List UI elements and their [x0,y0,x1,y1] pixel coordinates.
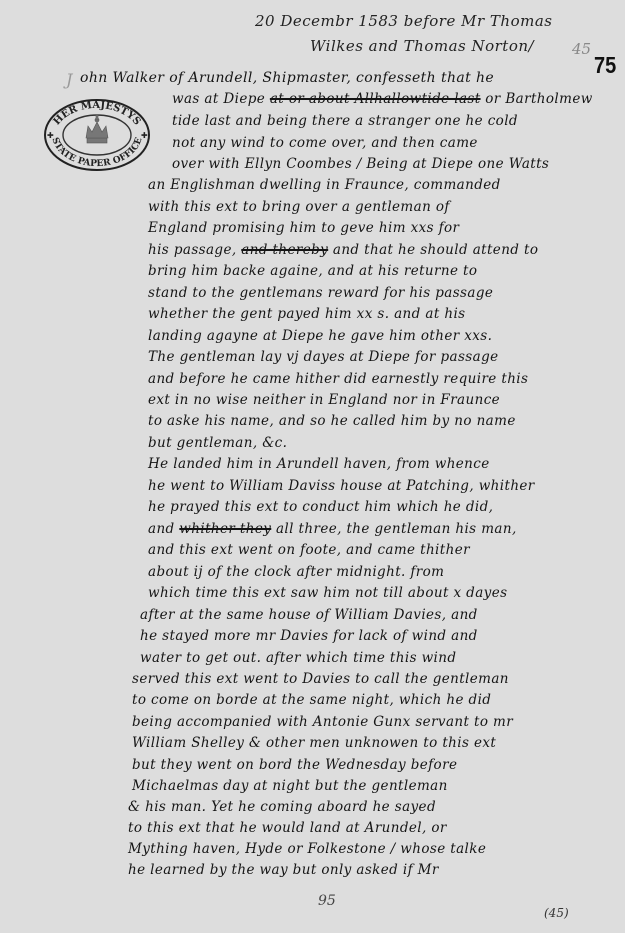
ms-line: tide last and being there a stranger one… [172,113,518,129]
page-number-bottom: 95 [318,893,336,909]
ms-line: and before he came hither did earnestly … [148,371,528,387]
ms-line: he learned by the way but only asked if … [128,862,439,878]
svg-text:✚: ✚ [47,131,54,140]
ms-line: whether the gent payed him xx s. and at … [148,306,466,322]
ms-line: stand to the gentlemans reward for his p… [148,285,493,301]
ms-line: William Shelley & other men unknowen to … [132,735,496,751]
ms-line: being accompanied with Antonie Gunx serv… [132,714,513,730]
heading-line-2: Wilkes and Thomas Norton/ [310,37,534,55]
ms-line: he stayed more mr Davies for lack of win… [140,628,478,644]
manuscript-page: 20 Decembr 1583 before Mr Thomas Wilkes … [0,0,625,933]
ms-line: and whither they all three, the gentlema… [148,521,517,537]
ms-line: he prayed this ext to conduct him which … [148,499,493,515]
ms-line: an Englishman dwelling in Fraunce, comma… [148,177,501,193]
ms-line: to this ext that he would land at Arunde… [128,820,447,836]
ms-line: Mything haven, Hyde or Folkestone / whos… [128,841,486,857]
ms-line: about ij of the clock after midnight. fr… [148,564,444,580]
ms-line: and this ext went on foote, and came thi… [148,542,470,558]
ms-line: water to get out. after which time this … [140,650,456,666]
ms-line: ohn Walker of Arundell, Shipmaster, conf… [80,70,494,86]
ms-line: after at the same house of William Davie… [140,607,478,623]
ms-line: his passage, and thereby and that he sho… [148,242,538,258]
ms-line: he went to William Daviss house at Patch… [148,478,535,494]
ms-line: ext in no wise neither in England nor in… [148,392,500,408]
folio-number-pencil: 45 [572,40,591,58]
ms-line: with this ext to bring over a gentleman … [148,199,450,215]
folio-number-stamped: 75 [594,53,616,79]
ms-line: England promising him to geve him xxs fo… [148,220,459,236]
ms-line: but they went on bord the Wednesday befo… [132,757,457,773]
struck-text: at or about Allhallowtide last [270,91,481,107]
ms-line: The gentleman lay vj dayes at Diepe for … [148,349,499,365]
opening-initial: J [66,70,72,89]
ms-line: was at Diepe at or about Allhallowtide l… [172,91,593,107]
ms-line: served this ext went to Davies to call t… [132,671,509,687]
ms-line: to come on borde at the same night, whic… [132,692,491,708]
state-paper-office-stamp: HER MAJESTYS STATE PAPER OFFICE ✚ ✚ [42,98,152,172]
heading-line-1: 20 Decembr 1583 before Mr Thomas [255,12,552,30]
svg-text:✚: ✚ [141,131,148,140]
page-number-bottom-pencil: (45) [544,906,569,920]
heading-line-2-tail: / [529,37,535,55]
struck-text: whither they [179,521,271,537]
ms-line: & his man. Yet he coming aboard he sayed [128,799,436,815]
ms-line: which time this ext saw him not till abo… [148,585,507,601]
stamp-crown-icon: HER MAJESTYS STATE PAPER OFFICE ✚ ✚ [42,98,152,172]
ms-line: He landed him in Arundell haven, from wh… [148,456,490,472]
ms-line: to aske his name, and so he called him b… [148,413,516,429]
heading-line-2-main: Wilkes and Thomas Norton [310,37,529,55]
ms-line: over with Ellyn Coombes / Being at Diepe… [172,156,549,172]
ms-line: not any wind to come over, and then came [172,135,478,151]
ms-line: landing agayne at Diepe he gave him othe… [148,328,492,344]
ms-line: Michaelmas day at night but the gentlema… [132,778,448,794]
ms-line: bring him backe againe, and at his retur… [148,263,477,279]
ms-line: but gentleman, &c. [148,435,287,451]
struck-text: and thereby [241,242,328,258]
